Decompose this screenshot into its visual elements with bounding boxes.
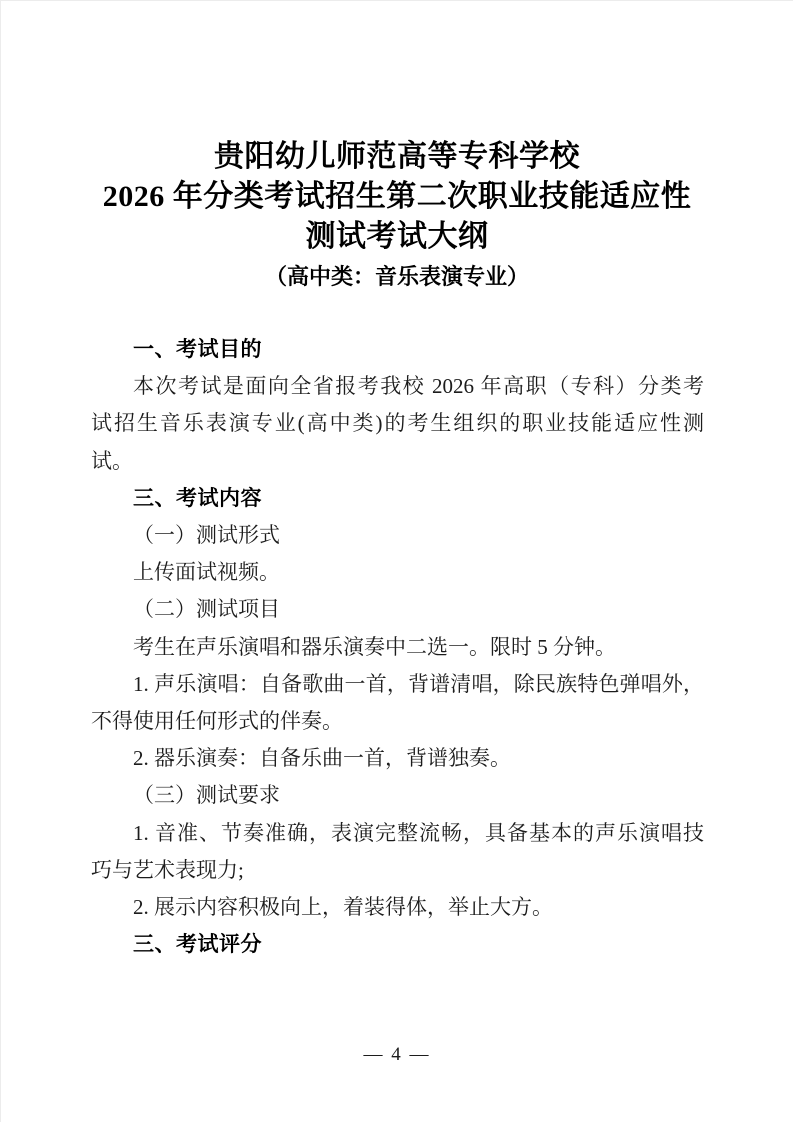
subheading-test-items: （二）测试项目 xyxy=(91,591,704,628)
document-body: 一、考试目的 本次考试是面向全省报考我校 2026 年高职（专科）分类考 试招生… xyxy=(91,331,704,963)
document-subtitle: （高中类：音乐表演专业） xyxy=(1,257,793,297)
title-line-school-name: 贵阳幼儿师范高等专科学校 xyxy=(1,137,793,177)
heading-exam-purpose: 一、考试目的 xyxy=(91,331,704,368)
para-exam-purpose-line-1: 本次考试是面向全省报考我校 2026 年高职（专科）分类考 xyxy=(91,368,704,405)
subheading-test-requirements: （三）测试要求 xyxy=(91,777,704,814)
document-page: 贵阳幼儿师范高等专科学校 2026 年分类考试招生第二次职业技能适应性 测试考试… xyxy=(0,0,793,1122)
heading-exam-content: 三、考试内容 xyxy=(91,480,704,517)
para-vocal-item-line-1: 1. 声乐演唱：自备歌曲一首，背谱清唱，除民族特色弹唱外， xyxy=(91,666,704,703)
para-instrumental-item: 2. 器乐演奏：自备乐曲一首，背谱独奏。 xyxy=(91,740,704,777)
subheading-test-format: （一）测试形式 xyxy=(91,517,704,554)
page-number: — 4 — xyxy=(364,1044,431,1065)
para-requirement-1-line-1: 1. 音准、节奏准确，表演完整流畅，具备基本的声乐演唱技 xyxy=(91,815,704,852)
title-line-outline: 测试考试大纲 xyxy=(1,217,793,257)
para-test-format: 上传面试视频。 xyxy=(91,554,704,591)
para-exam-purpose-line-2: 试招生音乐表演专业(高中类)的考生组织的职业技能适应性测 xyxy=(91,405,704,442)
page-footer: — 4 — xyxy=(1,1043,793,1067)
para-requirement-2: 2. 展示内容积极向上，着装得体，举止大方。 xyxy=(91,889,704,926)
document-title-block: 贵阳幼儿师范高等专科学校 2026 年分类考试招生第二次职业技能适应性 测试考试… xyxy=(1,137,793,297)
para-exam-purpose-line-3: 试。 xyxy=(91,443,704,480)
heading-exam-scoring: 三、考试评分 xyxy=(91,926,704,963)
para-test-items-intro: 考生在声乐演唱和器乐演奏中二选一。限时 5 分钟。 xyxy=(91,629,704,666)
title-line-exam-name: 2026 年分类考试招生第二次职业技能适应性 xyxy=(1,177,793,217)
para-requirement-1-line-2: 巧与艺术表现力; xyxy=(91,852,704,889)
para-vocal-item-line-2: 不得使用任何形式的伴奏。 xyxy=(91,703,704,740)
